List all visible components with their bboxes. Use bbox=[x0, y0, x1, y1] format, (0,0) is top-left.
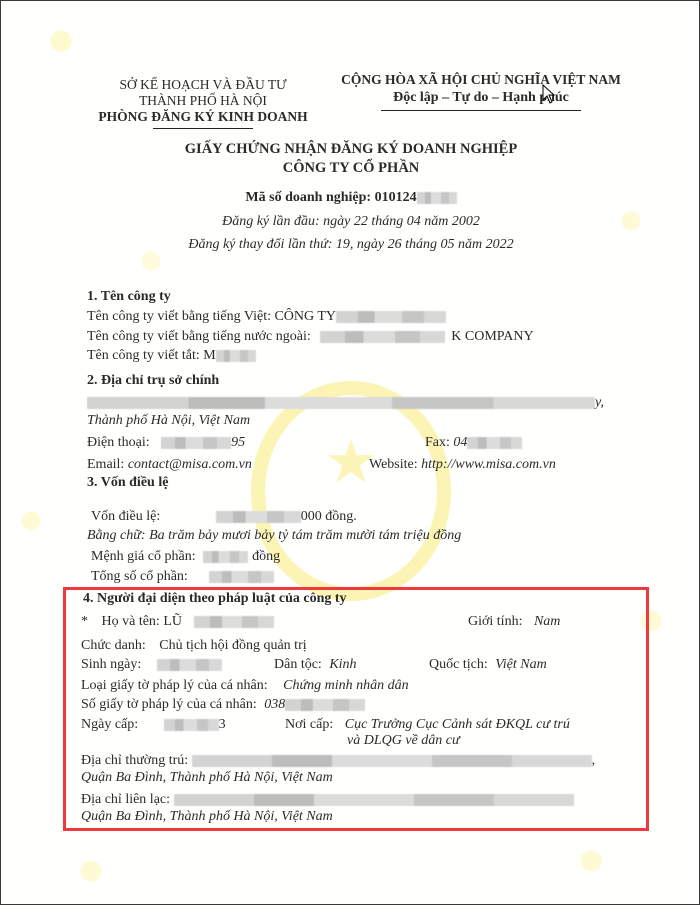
enterprise-code: Mã số doanh nghiệp: 010124 bbox=[101, 190, 601, 206]
authority-line3: PHÒNG ĐĂNG KÝ KINH DOANH bbox=[63, 109, 343, 125]
redacted bbox=[336, 311, 446, 323]
section-2-heading: 2. Địa chỉ trụ sở chính bbox=[87, 373, 219, 389]
contact-address-line2: Quận Ba Đình, Thành phố Hà Nội, Việt Nam bbox=[81, 809, 333, 825]
redacted bbox=[192, 755, 592, 767]
redacted bbox=[417, 192, 457, 204]
redacted bbox=[157, 659, 222, 671]
email-link[interactable]: contact@misa.com.vn bbox=[128, 457, 252, 472]
issue-place-line2: và DLQG về dân cư bbox=[347, 733, 460, 749]
fax: Fax: 04 bbox=[425, 435, 522, 451]
redacted bbox=[285, 699, 365, 711]
company-type: CÔNG TY CỔ PHẦN bbox=[101, 160, 601, 177]
redacted bbox=[164, 719, 219, 731]
issue-date: Ngày cấp: 3 bbox=[81, 717, 226, 733]
country-name: CỘNG HÒA XÃ HỘI CHỦ NGHĨA VIỆT NAM bbox=[331, 71, 631, 89]
total-shares: Tổng số cổ phần: bbox=[91, 569, 274, 585]
redacted bbox=[194, 616, 274, 628]
id-type: Loại giấy tờ pháp lý của cá nhân: Chứng … bbox=[81, 678, 409, 694]
capital-in-words: Bằng chữ: Ba trăm bảy mươi bảy tỷ tám tr… bbox=[87, 528, 461, 544]
website-link[interactable]: http://www.misa.com.vn bbox=[421, 457, 556, 472]
divider bbox=[153, 128, 253, 129]
section-1-heading: 1. Tên công ty bbox=[87, 289, 171, 305]
redacted bbox=[216, 350, 256, 362]
redacted bbox=[203, 551, 248, 563]
company-name-foreign: Tên công ty viết bằng tiếng nước ngoài: … bbox=[87, 329, 534, 345]
redacted bbox=[174, 794, 574, 806]
redacted bbox=[320, 331, 445, 343]
national-motto: CỘNG HÒA XÃ HỘI CHỦ NGHĨA VIỆT NAM Độc l… bbox=[331, 71, 631, 111]
permanent-address: Địa chỉ thường trú: , bbox=[81, 753, 595, 769]
ethnicity: Dân tộc: Kinh bbox=[274, 657, 357, 673]
redacted bbox=[87, 397, 595, 409]
certificate-page: SỞ KẾ HOẠCH VÀ ĐẦU TƯ THÀNH PHỐ HÀ NỘI P… bbox=[0, 0, 700, 905]
issuing-authority: SỞ KẾ HOẠCH VÀ ĐẦU TƯ THÀNH PHỐ HÀ NỘI P… bbox=[63, 77, 343, 129]
national-emblem-watermark bbox=[251, 381, 451, 601]
email: Email: contact@misa.com.vn bbox=[87, 457, 252, 473]
issue-place: Nơi cấp: Cục Trưởng Cục Cảnh sát ĐKQL cư… bbox=[285, 717, 570, 733]
divider bbox=[381, 110, 581, 111]
section-3-heading: 3. Vốn điều lệ bbox=[87, 475, 168, 491]
mouse-cursor-icon bbox=[542, 84, 556, 104]
id-number: Số giấy tờ pháp lý của cá nhân: 038 bbox=[81, 697, 365, 713]
motto: Độc lập – Tự do – Hạnh phúc bbox=[331, 89, 631, 107]
company-name-short: Tên công ty viết tắt: M bbox=[87, 348, 256, 364]
document-title: GIẤY CHỨNG NHẬN ĐĂNG KÝ DOANH NGHIỆP bbox=[101, 141, 601, 158]
website: Website: http://www.misa.com.vn bbox=[369, 457, 556, 473]
representative-name: * Họ và tên: LŨ bbox=[81, 614, 274, 630]
gender: Giới tính: Nam bbox=[468, 614, 560, 630]
phone: Điện thoại: 95 bbox=[87, 435, 245, 451]
nationality: Quốc tịch: Việt Nam bbox=[429, 657, 547, 673]
first-registration-date: Đăng ký lần đầu: ngày 22 tháng 04 năm 20… bbox=[101, 214, 601, 230]
change-registration-date: Đăng ký thay đổi lần thứ: 19, ngày 26 th… bbox=[101, 237, 601, 253]
par-value: Mệnh giá cổ phần: đồng bbox=[91, 549, 280, 565]
position: Chức danh: Chủ tịch hội đồng quản trị bbox=[81, 638, 307, 654]
contact-address: Địa chỉ liên lạc: bbox=[81, 792, 574, 808]
section-4-heading: 4. Người đại diện theo pháp luật của côn… bbox=[83, 591, 347, 607]
authority-line2: THÀNH PHỐ HÀ NỘI bbox=[63, 93, 343, 109]
permanent-address-line2: Quận Ba Đình, Thành phố Hà Nội, Việt Nam bbox=[81, 770, 333, 786]
head-office-address-line2: Thành phố Hà Nội, Việt Nam bbox=[87, 413, 250, 429]
head-office-address: y, bbox=[87, 395, 604, 411]
redacted bbox=[467, 437, 522, 449]
redacted bbox=[216, 511, 301, 523]
date-of-birth: Sinh ngày: bbox=[81, 657, 222, 673]
redacted bbox=[161, 437, 231, 449]
authority-line1: SỞ KẾ HOẠCH VÀ ĐẦU TƯ bbox=[63, 77, 343, 93]
company-name-vn: Tên công ty viết bằng tiếng Việt: CÔNG T… bbox=[87, 309, 446, 325]
charter-capital: Vốn điều lệ: 000 đồng. bbox=[91, 509, 357, 525]
redacted bbox=[209, 571, 274, 583]
